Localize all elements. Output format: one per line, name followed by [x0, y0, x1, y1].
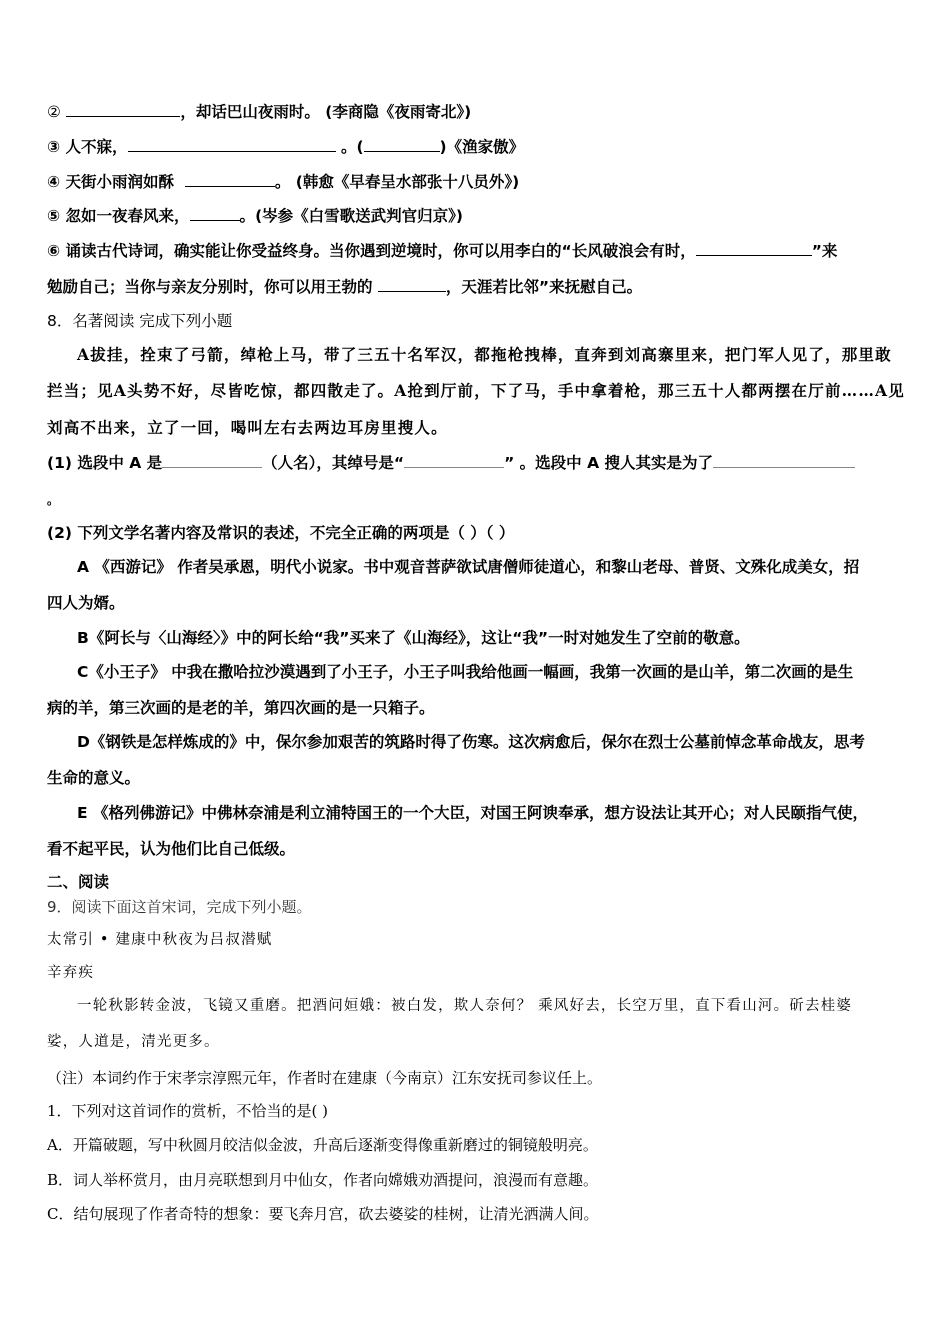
q7-item-2: ② ，却话巴山夜雨时。 (李商隐《夜雨寄北》): [47, 102, 471, 122]
question-text: ” 。选段中 A 搜人其实是为了: [504, 454, 713, 472]
fill-blank[interactable]: [364, 137, 440, 152]
item-number: ③: [47, 138, 60, 156]
item-text: 。: [275, 173, 291, 191]
q8-option-d-line-2: 生命的意义。: [47, 768, 140, 788]
section-heading: 二、阅读: [47, 872, 109, 892]
document-page: ② ，却话巴山夜雨时。 (李商隐《夜雨寄北》) ③ 人不寐， 。()《渔家傲》 …: [0, 0, 950, 1344]
q9-sub1-question: 1．下列对这首词作的赏析，不恰当的是( ): [47, 1101, 328, 1121]
item-number: ⑤: [47, 207, 60, 225]
name-blank[interactable]: [162, 453, 262, 468]
item-text: 。(: [341, 138, 364, 156]
q8-passage-line-1: A拔挂，拴束了弓箭，绰枪上马，带了三五十名军汉，都拖枪拽棒，直奔到刘高寨里来，把…: [77, 345, 892, 365]
q9-option-c: C．结句展现了作者奇特的想象：要飞奔月宫，砍去婆娑的桂树，让清光洒满人间。: [47, 1204, 598, 1224]
q8-option-a-line-2: 四人为婿。: [47, 593, 125, 613]
fill-blank[interactable]: [190, 206, 240, 221]
q8-option-d-line-1: D《钢铁是怎样炼成的》中，保尔参加艰苦的筑路时得了伤寒。这次病愈后，保尔在烈士公…: [77, 732, 865, 752]
item-text: 天街小雨润如酥: [66, 173, 175, 191]
q9-option-a: A．开篇破题，写中秋圆月皎洁似金波，升高后逐渐变得像重新磨过的铜镜般明亮。: [47, 1135, 598, 1155]
q8-option-a-line-1: A 《西游记》 作者吴承恩，明代小说家。书中观音菩萨欲试唐僧师徒道心，和黎山老母…: [77, 557, 859, 577]
item-text: 忽如一夜春风来，: [66, 207, 190, 225]
q8-sub1-wrap: 。: [47, 490, 59, 510]
fill-blank[interactable]: [128, 137, 336, 152]
q8-passage-line-3: 刘高不出来，立了一回，喝叫左右去两边耳房里搜人。: [47, 418, 448, 438]
item-text: ⑥ 诵读古代诗词，确实能让你受益终身。当你遇到逆境时，你可以用李白的“长风破浪会…: [47, 242, 696, 260]
question-text: (1) 选段中 A 是: [47, 454, 162, 472]
fill-blank[interactable]: [378, 277, 446, 292]
q7-item-5: ⑤ 忽如一夜春风来，。(岑参《白雪歌送武判官归京》): [47, 206, 463, 226]
q7-item-3: ③ 人不寐， 。()《渔家傲》: [47, 137, 524, 157]
q7-item-6-line-1: ⑥ 诵读古代诗词，确实能让你受益终身。当你遇到逆境时，你可以用李白的“长风破浪会…: [47, 241, 837, 261]
q9-option-b: B．词人举杯赏月，由月亮联想到月中仙女，作者向嫦娥劝酒提问，浪漫而有意趣。: [47, 1170, 598, 1190]
nickname-blank[interactable]: [404, 453, 504, 468]
q8-option-c-line-1: C《小王子》 中我在撒哈拉沙漠遇到了小王子，小王子叫我给他画一幅画，我第一次画的…: [77, 662, 853, 682]
q8-sub1: (1) 选段中 A 是（人名），其绰号是“” 。选段中 A 搜人其实是为了: [47, 453, 855, 473]
item-text: 。: [240, 207, 256, 225]
q8-sub2-question: (2) 下列文学名著内容及常识的表述，不完全正确的两项是（ ）（ ）: [47, 523, 514, 543]
item-source: (岑参《白雪歌送武判官归京》): [255, 207, 463, 225]
item-number: ④: [47, 173, 60, 191]
q8-option-b: B《阿长与〈山海经〉》中的阿长给“我”买来了《山海经》，这让“我”一时对她发生了…: [77, 628, 750, 648]
poem-line-1: 一轮秋影转金波，飞镜又重磨。把酒问姮娥：被白发，欺人奈何？ 乘风好去，长空万里，…: [77, 996, 852, 1016]
q8-title: 8．名著阅读 完成下列小题: [47, 311, 232, 331]
poem-author: 辛弃疾: [47, 963, 94, 983]
purpose-blank[interactable]: [713, 453, 855, 468]
q8-option-c-line-2: 病的羊，第三次画的是老的羊，第四次画的是一只箱子。: [47, 698, 435, 718]
q9-title: 9．阅读下面这首宋词，完成下列小题。: [47, 897, 312, 917]
item-text: ”来: [812, 242, 838, 260]
q8-option-e-line-2: 看不起平民，认为他们比自己低级。: [47, 839, 295, 859]
q8-passage-line-2: 拦当；见A头势不好，尽皆吃惊，都四散走了。A抢到厅前，下了马，手中拿着枪，那三五…: [47, 381, 905, 401]
item-text: 勉励自己；当你与亲友分别时，你可以用王勃的: [47, 278, 378, 296]
q7-item-6-line-2: 勉励自己；当你与亲友分别时，你可以用王勃的 ，天涯若比邻”来抚慰自己。: [47, 277, 642, 297]
fill-blank[interactable]: [66, 102, 180, 117]
q7-item-4: ④ 天街小雨润如酥 。 (韩愈《早春呈水部张十八员外》): [47, 172, 519, 192]
fill-blank[interactable]: [696, 241, 812, 256]
q8-option-e-line-1: E 《格列佛游记》中佛林奈浦是利立浦特国王的一个大臣，对国王阿谀奉承，想方设法让…: [77, 803, 868, 823]
poem-note: （注）本词约作于宋孝宗淳熙元年，作者时在建康（今南京）江东安抚司参议任上。: [47, 1068, 602, 1088]
poem-line-2: 娑，人道是，清光更多。: [47, 1032, 220, 1052]
item-source: )《渔家傲》: [440, 138, 525, 156]
question-text: （人名），其绰号是“: [262, 454, 404, 472]
item-text: ，却话巴山夜雨时。: [180, 103, 320, 121]
item-number: ②: [47, 103, 61, 121]
item-text: ，天涯若比邻”来抚慰自己。: [446, 278, 642, 296]
item-source: (李商隐《夜雨寄北》): [325, 103, 471, 121]
item-text: 人不寐，: [66, 138, 128, 156]
item-source: (韩愈《早春呈水部张十八员外》): [296, 173, 519, 191]
poem-title: 太常引 • 建康中秋夜为吕叔潜赋: [47, 930, 272, 950]
fill-blank[interactable]: [185, 172, 275, 187]
